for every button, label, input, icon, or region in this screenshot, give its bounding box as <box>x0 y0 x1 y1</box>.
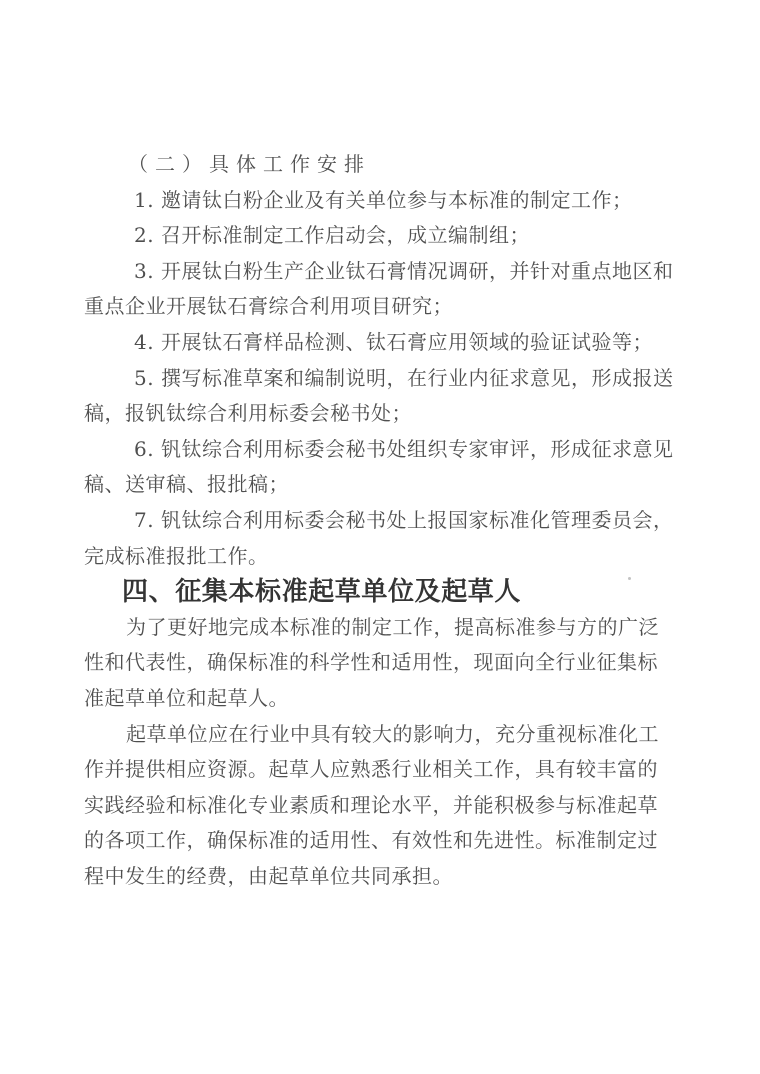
numbered-item-4: 4. 开展钛石膏样品检测、钛石膏应用领域的验证试验等； <box>84 325 674 361</box>
paragraph-1-line-1: 为了更好地完成本标准的制定工作，提高标准参与方的广泛 <box>84 610 674 646</box>
numbered-item-7-line-2: 完成标准报批工作。 <box>84 539 674 575</box>
document-body: （二）具体工作安排 1. 邀请钛白粉企业及有关单位参与本标准的制定工作； 2. … <box>84 147 674 894</box>
scan-speckle-dot <box>628 577 631 580</box>
numbered-item-5-line-2: 稿，报钒钛综合利用标委会秘书处； <box>84 396 674 432</box>
paragraph-2-line-3: 实践经验和标准化专业素质和理论水平，并能积极参与标准起草 <box>84 788 674 824</box>
paragraph-2-line-4: 的各项工作，确保标准的适用性、有效性和先进性。标准制定过 <box>84 823 674 859</box>
paragraph-2-line-1: 起草单位应在行业中具有较大的影响力，充分重视标准化工 <box>84 717 674 753</box>
paragraph-2-line-5: 程中发生的经费，由起草单位共同承担。 <box>84 859 674 895</box>
paragraph-1-line-2: 性和代表性，确保标准的科学性和适用性，现面向全行业征集标 <box>84 645 674 681</box>
numbered-item-3-line-2: 重点企业开展钛石膏综合利用项目研究； <box>84 289 674 325</box>
numbered-item-7-line-1: 7. 钒钛综合利用标委会秘书处上报国家标准化管理委员会， <box>84 503 674 539</box>
numbered-item-1: 1. 邀请钛白粉企业及有关单位参与本标准的制定工作； <box>84 183 674 219</box>
numbered-item-3-line-1: 3. 开展钛白粉生产企业钛石膏情况调研，并针对重点地区和 <box>84 254 674 290</box>
section-heading: 四、征集本标准起草单位及起草人 <box>84 574 674 610</box>
scanned-document-page: （二）具体工作安排 1. 邀请钛白粉企业及有关单位参与本标准的制定工作； 2. … <box>0 0 760 1074</box>
numbered-item-5-line-1: 5. 撰写标准草案和编制说明，在行业内征求意见，形成报送 <box>84 361 674 397</box>
paragraph-2-line-2: 作并提供相应资源。起草人应熟悉行业相关工作，具有较丰富的 <box>84 752 674 788</box>
numbered-item-6-line-1: 6. 钒钛综合利用标委会秘书处组织专家审评，形成征求意见 <box>84 432 674 468</box>
sub-heading-line: （二）具体工作安排 <box>84 147 674 183</box>
paragraph-1-line-3: 准起草单位和起草人。 <box>84 681 674 717</box>
numbered-item-2: 2. 召开标准制定工作启动会，成立编制组； <box>84 218 674 254</box>
numbered-item-6-line-2: 稿、送审稿、报批稿； <box>84 467 674 503</box>
